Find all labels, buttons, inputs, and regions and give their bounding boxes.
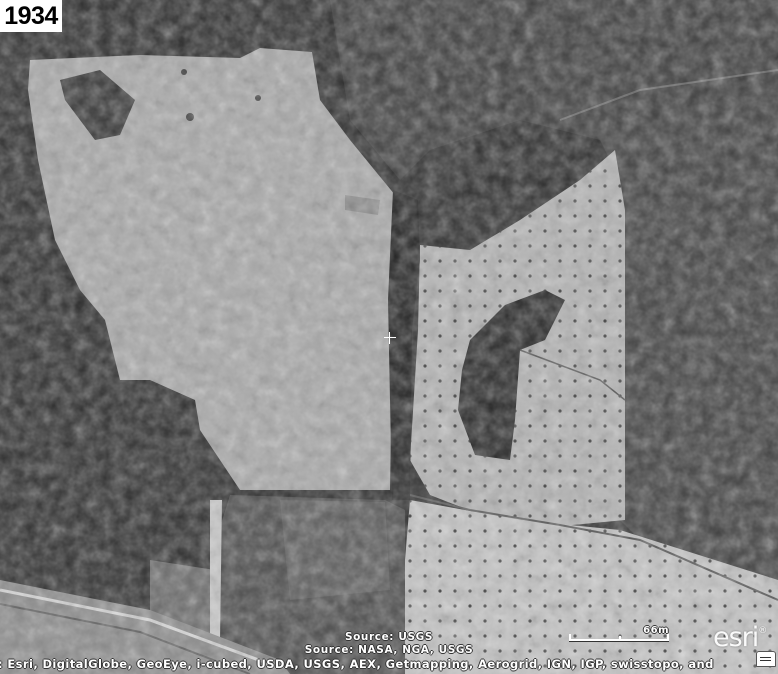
esri-logo[interactable]: esri® xyxy=(713,622,766,653)
scale-bar-midtick xyxy=(619,636,621,641)
map-view[interactable]: 1934 Source: USGS Source: NASA, NGA, USG… xyxy=(0,0,778,674)
year-label: 1934 xyxy=(0,0,62,32)
registered-mark: ® xyxy=(758,626,766,636)
esri-logo-text: esri xyxy=(713,622,758,653)
scale-bar: 66m xyxy=(567,625,671,643)
source-line-nasa-nga-usgs: Source: NASA, NGA, USGS xyxy=(0,644,778,656)
attribution-credits[interactable]: : Esri, DigitalGlobe, GeoEye, i-cubed, U… xyxy=(0,657,714,671)
attribution-expand-icon[interactable] xyxy=(756,651,776,667)
crosshair-icon xyxy=(384,332,396,344)
